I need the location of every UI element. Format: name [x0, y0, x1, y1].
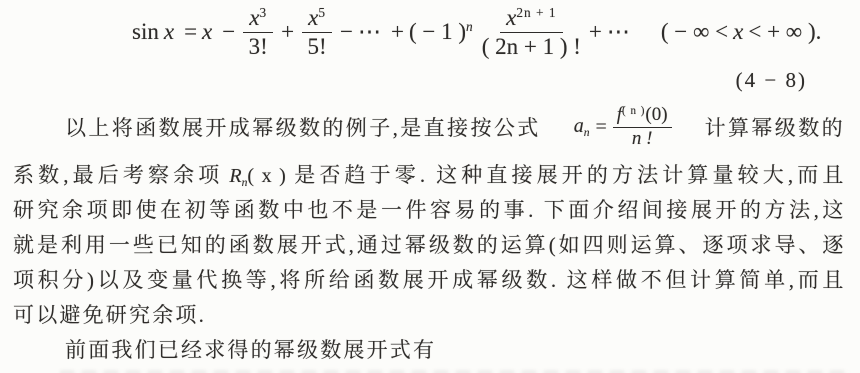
paragraph-line: 以上将函数展开成幂级数的例子,是直接按公式 an = f( n )(0) n !…: [0, 96, 860, 158]
convergence-interval-open: ( − ∞ <: [661, 19, 728, 45]
paragraph-line: 就是利用一些已知的函数展开式,通过幂级数的运算(如四则运算、逐项求导、逐: [0, 228, 860, 263]
numerator: x5: [302, 5, 332, 33]
numerator-exponent: 3: [259, 5, 267, 20]
numerator-exponent: 2n + 1: [516, 5, 556, 20]
coefficient-symbol: an: [574, 115, 590, 139]
fraction-x5-over-5-factorial: x5 5!: [302, 5, 332, 60]
math-equals: =: [595, 116, 606, 139]
paragraph-text: 以上将函数展开成幂级数的例子,是直接按公式: [65, 112, 541, 142]
convergence-interval-close: < + ∞ ).: [748, 19, 821, 45]
textbook-page: sin x = x − x3 3! + x5 5! − ⋯ + ( − 1 )n…: [0, 3, 860, 373]
numerator-exponent: 5: [318, 5, 326, 20]
fraction-general-term: x2n + 1 ( 2n + 1 ) !: [482, 5, 581, 60]
denominator: ( 2n + 1 ) !: [482, 33, 581, 60]
paragraph-text: 计算幂级数的: [705, 112, 845, 142]
paragraph-text: 系数,最后考察余项: [13, 163, 223, 187]
equation-number: (4 − 8): [0, 64, 860, 96]
coefficient-base: ( − 1 ): [409, 19, 466, 44]
math-minus-operator: −: [340, 19, 353, 45]
numerator-base: x: [506, 5, 516, 30]
function-argument: (0): [645, 104, 667, 125]
numerator: x2n + 1: [500, 5, 562, 33]
remainder-argument: ( x ): [247, 165, 285, 187]
remainder-term-symbol: Rn( x ): [229, 165, 285, 187]
paragraph-text: 可以避免研究余项.: [13, 303, 206, 327]
fraction-x3-over-3-factorial: x3 3!: [243, 5, 273, 60]
paragraph-line: 系数,最后考察余项Rn( x )是否趋于零. 这种直接展开的方法计算量较大,而且: [0, 158, 860, 193]
numerator-base: x: [308, 5, 318, 30]
math-ellipsis: ⋯: [358, 19, 381, 45]
math-first-term: x: [202, 19, 212, 45]
fraction-derivative-over-factorial: f( n )(0) n !: [613, 105, 672, 150]
coefficient-exponent: n: [466, 19, 474, 34]
convergence-interval-variable: x: [733, 19, 743, 45]
math-minus-operator: −: [222, 19, 235, 45]
general-term-coefficient: ( − 1 )n: [409, 19, 474, 45]
math-plus-operator: +: [589, 19, 602, 45]
denominator: 3!: [249, 33, 268, 60]
paragraph-line: 研究余项即使在初等函数中也不是一件容易的事. 下面介绍间接展开的方法,这: [0, 193, 860, 228]
paragraph-text: 是否趋于零. 这种直接展开的方法计算量较大,而且: [292, 163, 845, 187]
math-ellipsis: ⋯: [607, 19, 630, 45]
coefficient-subscript: n: [584, 126, 590, 139]
numerator: x3: [243, 5, 273, 33]
math-variable: x: [164, 19, 174, 45]
denominator: n !: [632, 128, 653, 150]
math-function-name: sin: [132, 19, 159, 45]
paragraph-text: 前面我们已经求得的幂级数展开式有: [65, 338, 436, 362]
remainder-base: R: [229, 165, 241, 187]
numerator-base: x: [249, 5, 259, 30]
derivative-order: ( n ): [622, 105, 645, 117]
paragraph-line: 项积分)以及变量代换等,将所给函数展开成幂级数. 这样做不但计算简单,而且: [0, 263, 860, 298]
math-plus-operator: +: [391, 19, 404, 45]
numerator: f( n )(0): [613, 105, 672, 128]
paragraph-text: 就是利用一些已知的函数展开式,通过幂级数的运算(如四则运算、逐项求导、逐: [13, 233, 845, 257]
paragraph-line: 前面我们已经求得的幂级数展开式有: [0, 333, 860, 368]
denominator: 5!: [307, 33, 326, 60]
math-equals: =: [184, 19, 197, 45]
coefficient-base: a: [574, 115, 584, 137]
paragraph-text: 项积分)以及变量代换等,将所给函数展开成幂级数. 这样做不但计算简单,而且: [13, 268, 845, 292]
paragraph-line: 可以避免研究余项.: [0, 298, 860, 333]
math-plus-operator: +: [281, 19, 294, 45]
sin-series-equation: sin x = x − x3 3! + x5 5! − ⋯ + ( − 1 )n…: [132, 3, 860, 61]
paragraph-text: 研究余项即使在初等函数中也不是一件容易的事. 下面介绍间接展开的方法,这: [13, 198, 845, 222]
coefficient-formula: an = f( n )(0) n !: [571, 105, 675, 150]
